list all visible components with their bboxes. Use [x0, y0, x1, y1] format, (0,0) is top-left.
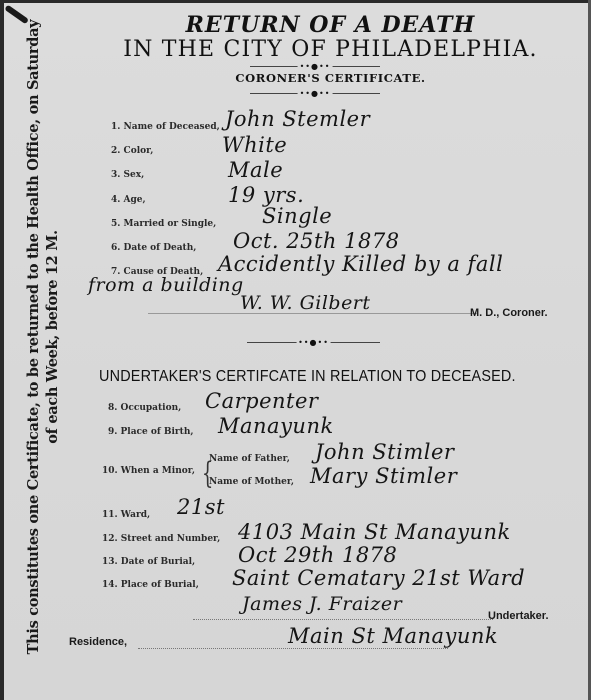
field-value-father-name: John Stimler — [315, 440, 454, 464]
field-label-street-number: 12. Street and Number, — [102, 534, 220, 544]
undertaker-signature-line — [193, 619, 493, 620]
field-label-color: 2. Color, — [111, 146, 153, 156]
field-value-occupation: Carpenter — [205, 389, 318, 413]
field-label-age: 4. Age, — [111, 195, 146, 205]
field-label-when-minor: 10. When a Minor, — [102, 466, 195, 476]
field-label-date-of-death: 6. Date of Death, — [111, 243, 196, 253]
field-value-place-of-burial: Saint Cematary 21st Ward — [232, 566, 525, 590]
ornament-divider-2: ••●•• — [250, 93, 380, 95]
field-value-cause-of-death: Accidently Killed by a fall — [218, 252, 503, 276]
field-value-mother-name: Mary Stimler — [310, 464, 457, 488]
field-value-ward: 21st — [177, 495, 225, 519]
field-label-place-of-birth: 9. Place of Birth, — [108, 427, 194, 437]
field-value-place-of-birth: Manayunk — [218, 414, 334, 438]
field-label-father-name: Name of Father, — [209, 454, 290, 464]
ornament-dots-icon: ••●•• — [296, 340, 331, 345]
coroner-signature: W. W. Gilbert — [240, 292, 371, 314]
field-value-name: John Stemler — [225, 107, 370, 131]
residence-value: Main St Manayunk — [288, 624, 498, 648]
ornament-dots-icon: ••●•• — [298, 64, 333, 69]
ornament-divider-1: ••●•• — [250, 66, 380, 68]
ornament-dots-icon: ••●•• — [298, 91, 333, 96]
field-value-color: White — [222, 133, 287, 157]
residence-label: Residence, — [69, 636, 127, 648]
coroner-title: M. D., Coroner. — [470, 307, 548, 319]
field-label-name: 1. Name of Deceased, — [111, 122, 220, 132]
undertaker-certificate-heading: UNDERTAKER'S CERTIFCATE IN RELATION TO D… — [99, 368, 516, 386]
undertaker-title: Undertaker. — [488, 610, 549, 622]
document-subtitle-city: IN THE CITY OF PHILADELPHIA. — [0, 37, 591, 62]
page-left-border — [0, 0, 4, 700]
field-label-date-of-burial: 13. Date of Burial, — [102, 557, 195, 567]
side-instruction-note: This constitutes one Certificate, to be … — [24, 1, 62, 673]
field-value-marital-status: Single — [262, 204, 332, 228]
undertaker-signature: James J. Fraizer — [242, 593, 402, 615]
side-note-line1: This constitutes one Certificate, to be … — [24, 1, 43, 673]
field-label-place-of-burial: 14. Place of Burial, — [102, 580, 199, 590]
death-certificate-page: This constitutes one Certificate, to be … — [0, 0, 591, 700]
field-label-sex: 3. Sex, — [111, 170, 144, 180]
field-label-ward: 11. Ward, — [102, 510, 150, 520]
field-value-date-of-burial: Oct 29th 1878 — [238, 543, 397, 567]
coroner-certificate-heading: CORONER'S CERTIFICATE. — [0, 71, 591, 85]
field-value-date-of-death: Oct. 25th 1878 — [233, 229, 400, 253]
side-note-line2: of each Week, before 12 M. — [43, 1, 62, 673]
residence-line — [138, 648, 448, 649]
field-label-marital-status: 5. Married or Single, — [111, 219, 216, 229]
document-title: RETURN OF A DEATH — [0, 12, 591, 38]
ornament-divider-3: ••●•• — [247, 342, 380, 344]
field-value-sex: Male — [228, 158, 283, 182]
field-label-occupation: 8. Occupation, — [108, 403, 181, 413]
field-value-street-number: 4103 Main St Manayunk — [238, 520, 511, 544]
field-label-mother-name: Name of Mother, — [209, 477, 294, 487]
page-top-border — [0, 0, 591, 3]
field-value-cause-of-death-cont: from a building — [88, 274, 244, 296]
